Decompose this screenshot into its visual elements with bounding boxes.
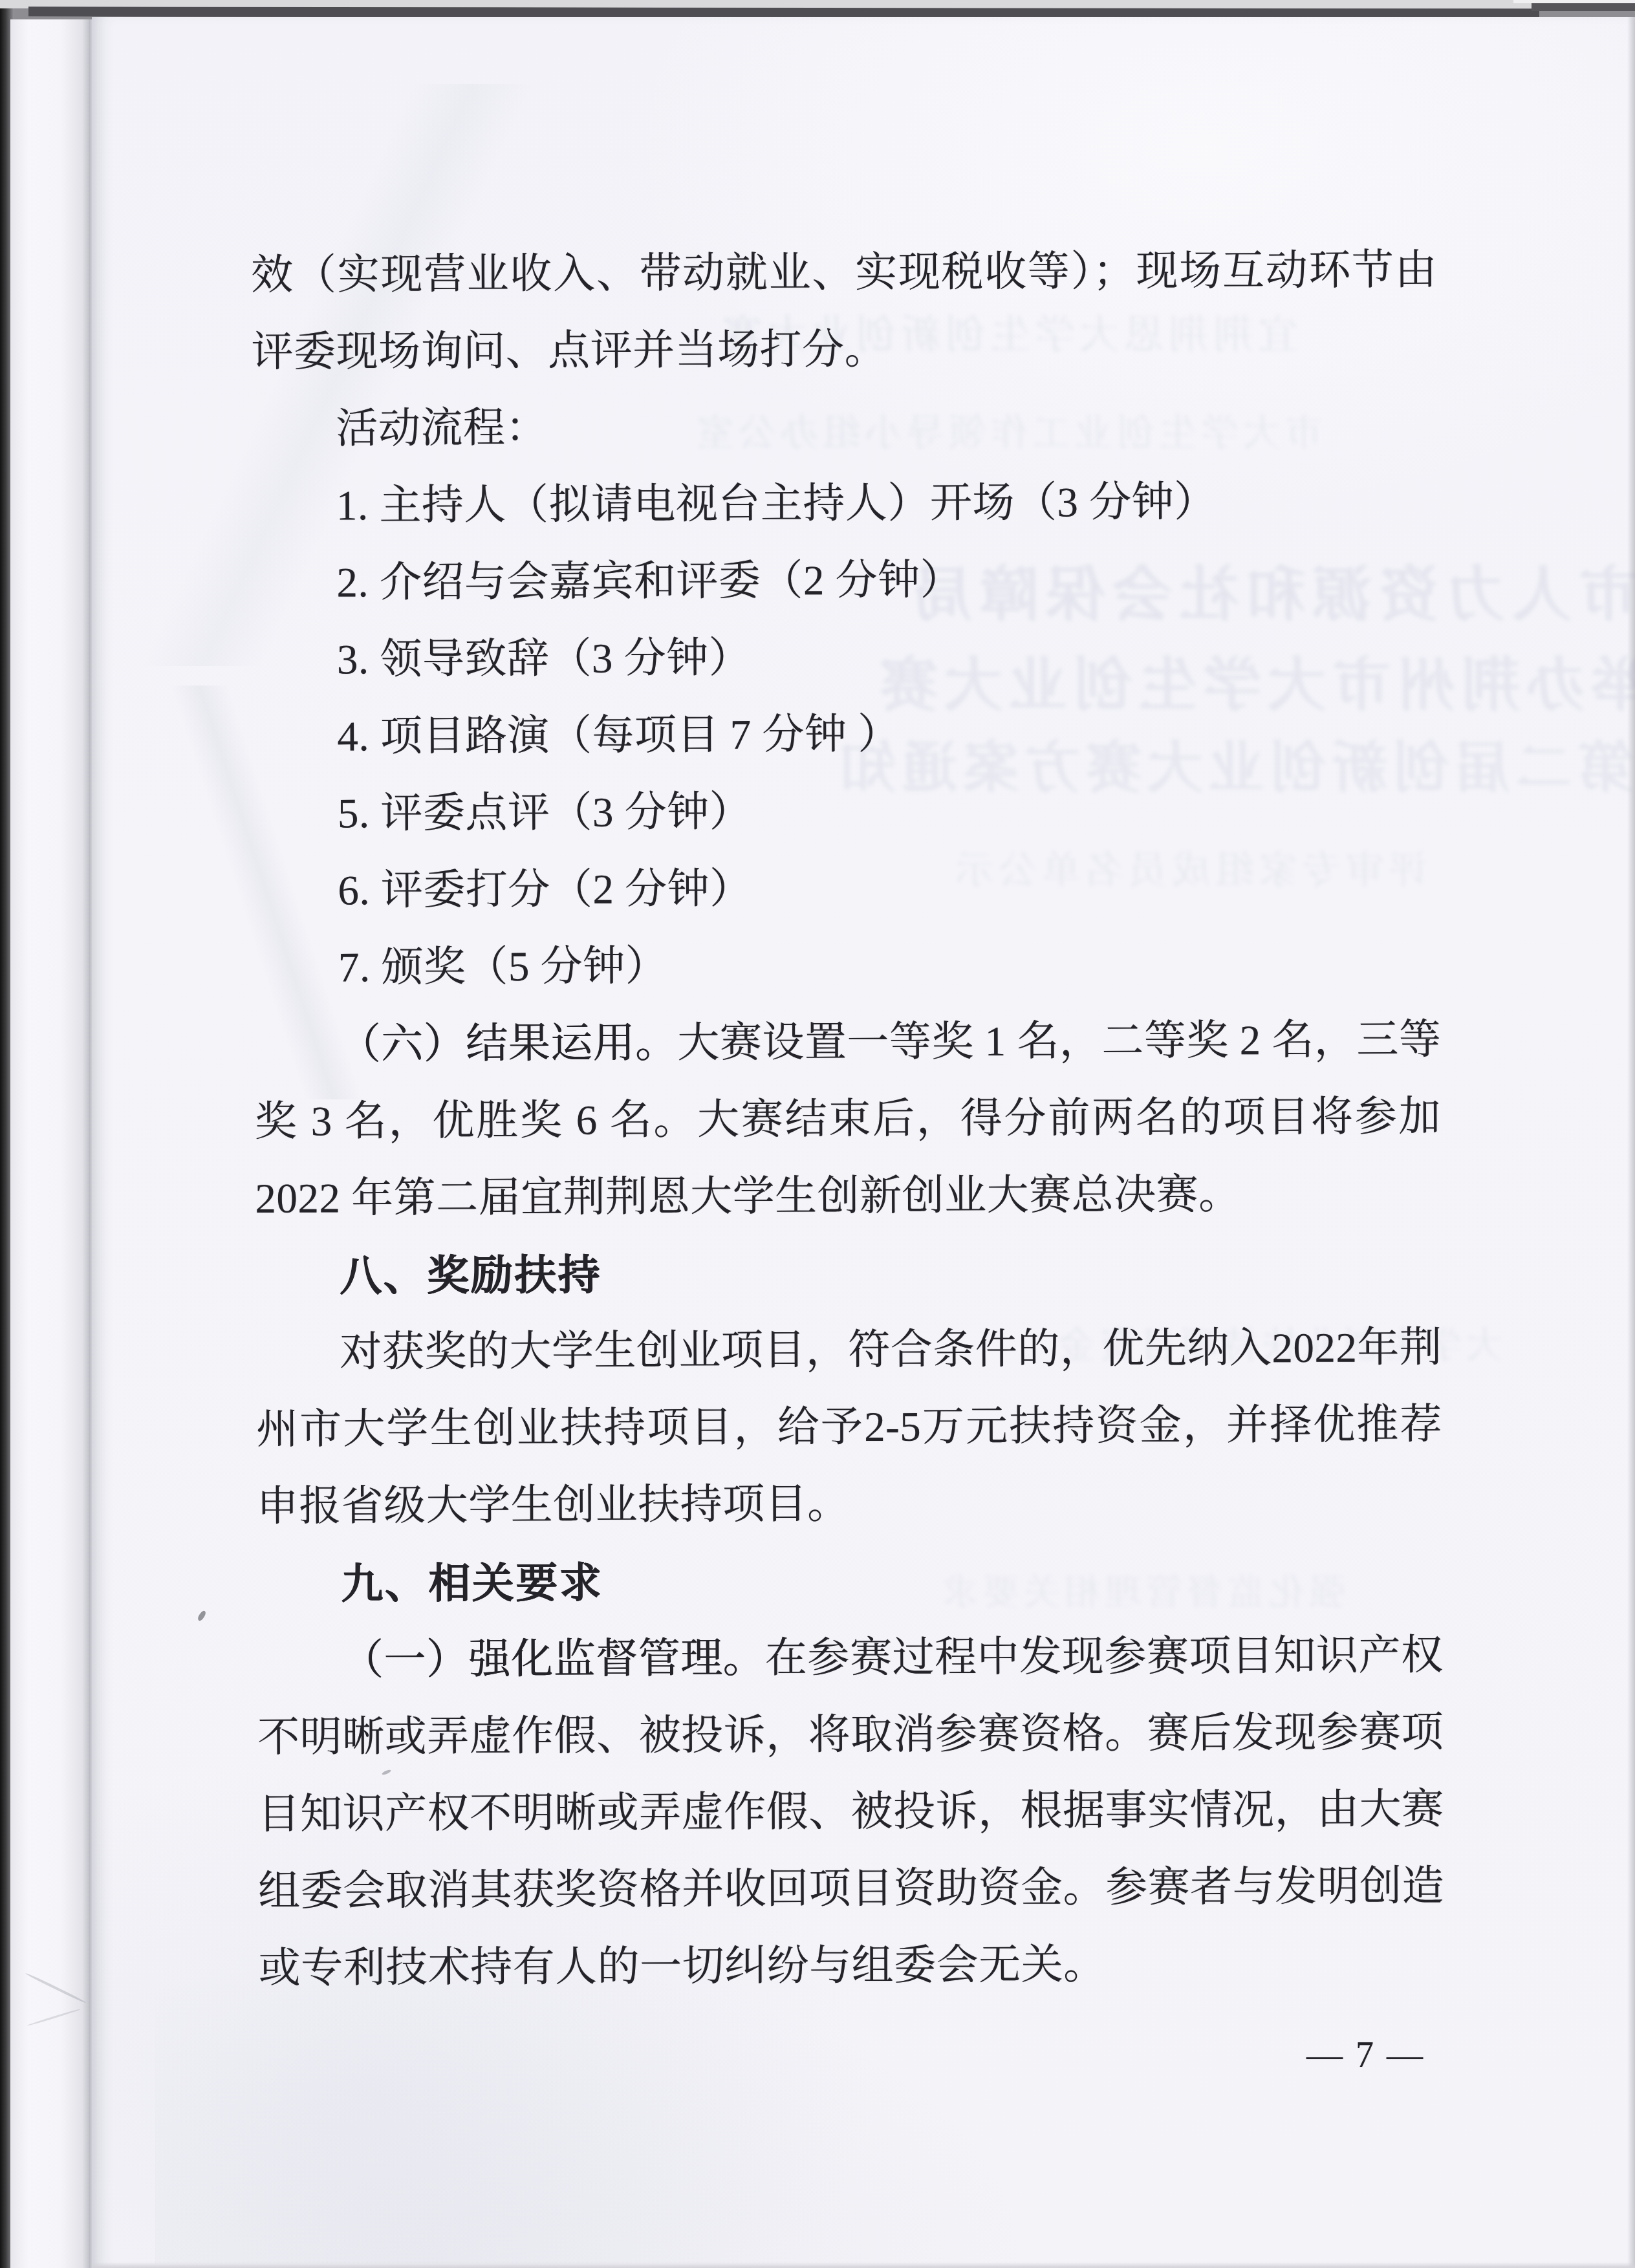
text-line: 对获奖的大学生创业项目，符合条件的，优先纳入2022年荆	[255, 1310, 1442, 1392]
scanner-top-white	[1513, 0, 1635, 3]
text-line: （六）结果运用。大赛设置一等奖 1 名，二等奖 2 名，三等	[254, 1002, 1441, 1084]
list-item: 2. 介绍与会嘉宾和评委（2 分钟）	[252, 540, 1439, 622]
page-number: — 7 —	[1306, 2035, 1442, 2076]
line-text: 1. 主持人（拟请电视台主持人）开场（3 分钟）	[336, 479, 1217, 529]
line-text: 7. 颁奖（5 分钟）	[338, 943, 668, 991]
line-text: 州市大学生创业扶持项目，给予2-5万元扶持资金，并择优推荐	[256, 1401, 1442, 1453]
line-text: 目知识产权不明晰或弄虚作假、被投诉，根据事实情况，由大赛	[257, 1786, 1444, 1838]
underlying-page-strip	[10, 19, 92, 2268]
text-line: 活动流程：	[252, 386, 1438, 468]
heading-text: 八、奖励扶持	[340, 1251, 601, 1300]
text-line: 申报省级大学生创业扶持项目。	[256, 1463, 1443, 1546]
scanned-document: 宜荆荆恩大学生创新创业大赛 市大学生创业工作领导小组办公室 荆州市人力资源和社会…	[0, 0, 1635, 2268]
text-line: 评委现场询问、点评并当场打分。	[252, 309, 1438, 391]
line-text: 2. 介绍与会嘉宾和评委（2 分钟）	[336, 557, 962, 606]
line-text: 活动流程：	[336, 405, 548, 452]
paragraph-lead: （六）结果运用。	[338, 1020, 677, 1068]
line-text: 奖 3 名，优胜奖 6 名。大赛结束后，得分前两名的项目将参加	[255, 1094, 1441, 1145]
line-text: 2022 年第二届宜荆荆恩大学生创新创业大赛总决赛。	[255, 1171, 1241, 1222]
line-text: 申报省级大学生创业扶持项目。	[256, 1481, 849, 1530]
list-item: 6. 评委打分（2 分钟）	[254, 848, 1440, 930]
document-text: 效（实现营业收入、带动就业、实现税收等）；现场互动环节由 评委现场询问、点评并当…	[251, 232, 1445, 2007]
line-text: 对获奖的大学生创业项目，符合条件的，优先纳入2022年荆	[340, 1324, 1442, 1376]
line-text: 效（实现营业收入、带动就业、实现税收等）；现场互动环节由	[251, 247, 1437, 299]
list-item: 1. 主持人（拟请电视台主持人）开场（3 分钟）	[252, 463, 1439, 545]
text-line: 效（实现营业收入、带动就业、实现税收等）；现场互动环节由	[251, 232, 1438, 314]
text-line: 州市大学生创业扶持项目，给予2-5万元扶持资金，并择优推荐	[256, 1387, 1443, 1469]
text-line: 组委会取消其获奖资格并收回项目资助资金。参赛者与发明创造	[258, 1848, 1445, 1930]
line-text: 3. 领导致辞（3 分钟）	[337, 635, 752, 684]
scanner-top-band-right	[1532, 3, 1635, 11]
text-line: 不明晰或弄虚作假、被投诉，将取消参赛资格。赛后发现参赛项	[257, 1694, 1444, 1777]
line-text: 5. 评委点评（3 分钟）	[338, 789, 752, 837]
line-text: 在参赛过程中发现参赛项目知识产权	[765, 1632, 1444, 1682]
page-edge-right	[1627, 17, 1635, 2268]
list-item: 4. 项目路演（每项目 7 分钟 ）	[253, 694, 1440, 776]
line-text: 组委会取消其获奖资格并收回项目资助资金。参赛者与发明创造	[258, 1863, 1444, 1915]
line-text: 不明晰或弄虚作假、被投诉，将取消参赛资格。赛后发现参赛项	[257, 1709, 1444, 1761]
text-line: 奖 3 名，优胜奖 6 名。大赛结束后，得分前两名的项目将参加	[255, 1079, 1442, 1161]
line-text: 6. 评委打分（2 分钟）	[338, 866, 752, 914]
paragraph-lead: （一）强化监督管理。	[341, 1636, 765, 1684]
text-line: 目知识产权不明晰或弄虚作假、被投诉，根据事实情况，由大赛	[257, 1771, 1444, 1853]
list-item: 5. 评委点评（3 分钟）	[254, 771, 1440, 853]
section-heading: 九、相关要求	[257, 1540, 1444, 1623]
line-text: 或专利技术持有人的一切纠纷与组委会无关。	[259, 1941, 1106, 1992]
heading-text: 九、相关要求	[341, 1559, 603, 1608]
line-text: 大赛设置一等奖 1 名，二等奖 2 名，三等	[677, 1017, 1441, 1066]
list-item: 7. 颁奖（5 分钟）	[254, 925, 1441, 1007]
text-line: 2022 年第二届宜荆荆恩大学生创新创业大赛总决赛。	[255, 1156, 1442, 1238]
text-line: （一）强化监督管理。在参赛过程中发现参赛项目知识产权	[257, 1617, 1444, 1700]
line-text: 评委现场询问、点评并当场打分。	[252, 327, 887, 376]
list-item: 3. 领导致辞（3 分钟）	[253, 617, 1440, 699]
page-edge-bottom	[92, 2262, 1635, 2268]
text-line: 或专利技术持有人的一切纠纷与组委会无关。	[258, 1925, 1445, 2007]
line-text: 4. 项目路演（每项目 7 分钟 ）	[337, 711, 900, 761]
section-heading: 八、奖励扶持	[255, 1233, 1442, 1315]
